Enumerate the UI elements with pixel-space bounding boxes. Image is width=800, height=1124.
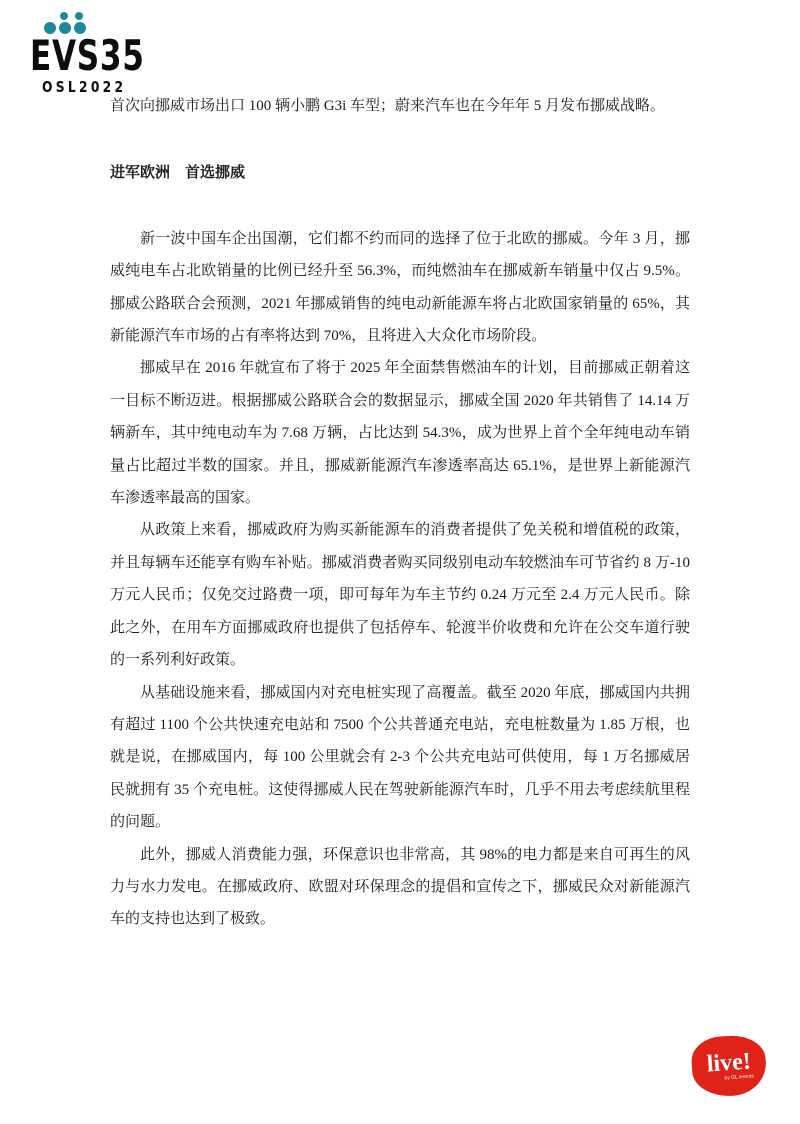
live-logo: live! by GL events [690,1033,768,1098]
paragraph: 新一波中国车企出国潮，它们都不约而同的选择了位于北欧的挪威。今年 3 月，挪威纯… [110,223,690,353]
paragraph: 挪威早在 2016 年就宣布了将于 2025 年全面禁售燃油车的计划，目前挪威正… [110,352,690,514]
intro-line: 首次向挪威市场出口 100 辆小鹏 G3i 车型；蔚来汽车也在今年年 5 月发布… [110,90,690,122]
paragraph: 从政策上来看，挪威政府为购买新能源车的消费者提供了免关税和增值税的政策，并且每辆… [110,514,690,676]
logo-dot-icon [75,12,83,20]
live-logo-byline: by GL events [724,1073,754,1081]
paragraph: 此外，挪威人消费能力强，环保意识也非常高，其 98%的电力都是来自可再生的风力与… [110,839,690,936]
logo-dot-icon [60,12,68,20]
paragraphs: 新一波中国车企出国潮，它们都不约而同的选择了位于北欧的挪威。今年 3 月，挪威纯… [110,223,690,936]
document-body: 首次向挪威市场出口 100 辆小鹏 G3i 车型；蔚来汽车也在今年年 5 月发布… [110,90,690,936]
document-page: { "page": { "width": 800, "height": 1124… [0,0,800,1124]
live-logo-text: live! [706,1050,751,1075]
section-heading: 进军欧洲 首选挪威 [110,157,690,189]
logo-title: EVS35 [30,34,145,78]
evs35-logo: EVS35 OSL2022 [30,12,185,96]
paragraph: 从基础设施来看，挪威国内对充电桩实现了高覆盖。截至 2020 年底，挪威国内共拥… [110,677,690,839]
